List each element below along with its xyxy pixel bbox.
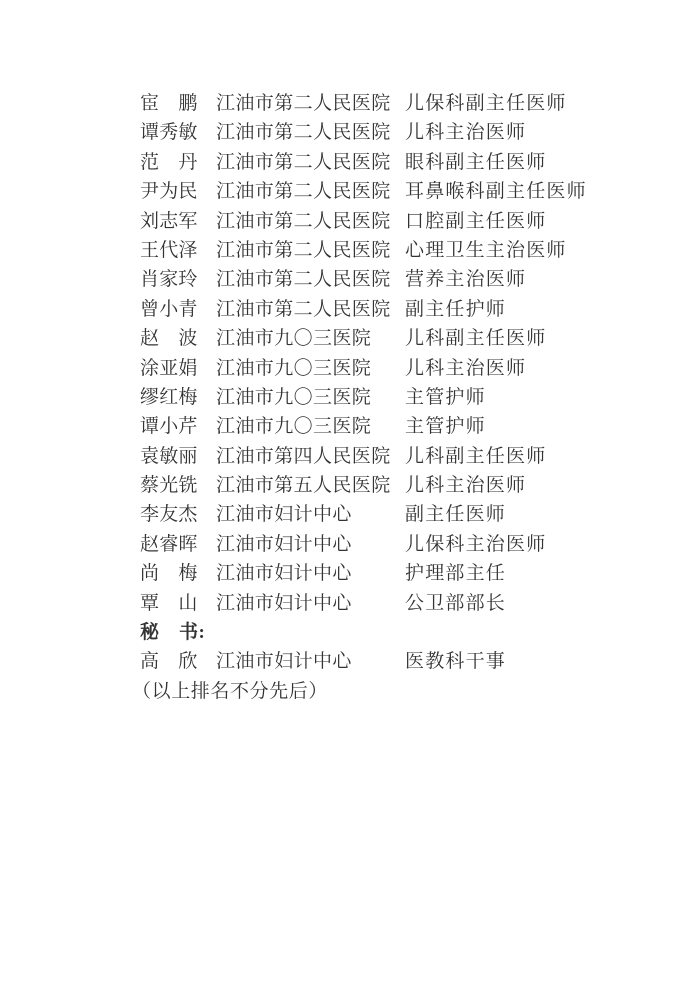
- person-name: 曾小青: [140, 295, 198, 324]
- person-name: 覃 山: [140, 589, 198, 618]
- roster-row: 尹为民 江油市第二人民医院 耳鼻喉科副主任医师: [0, 177, 700, 206]
- job-title: 副主任护师: [405, 295, 506, 324]
- roster-row: 宦 鹏 江油市第二人民医院 儿保科副主任医师: [0, 89, 700, 118]
- roster-row: 尚 梅 江油市妇计中心 护理部主任: [0, 559, 700, 588]
- job-title: 眼科副主任医师: [405, 148, 546, 177]
- organization: 江油市九〇三医院: [216, 354, 371, 383]
- job-title: 儿科主治医师: [405, 354, 526, 383]
- organization: 江油市九〇三医院: [216, 324, 371, 353]
- person-name: 李友杰: [140, 500, 198, 529]
- person-name: 刘志军: [140, 207, 198, 236]
- person-name: 赵 波: [140, 324, 198, 353]
- person-name: 宦 鹏: [140, 89, 198, 118]
- job-title: 营养主治医师: [405, 265, 526, 294]
- job-title: 主管护师: [405, 412, 486, 441]
- job-title: 耳鼻喉科副主任医师: [405, 177, 587, 206]
- organization: 江油市妇计中心: [216, 530, 352, 559]
- organization: 江油市第二人民医院: [216, 148, 391, 177]
- roster-row: 覃 山 江油市妇计中心 公卫部部长: [0, 589, 700, 618]
- secretary-list: 高 欣 江油市妇计中心 医教科干事: [0, 647, 700, 676]
- job-title: 主管护师: [405, 383, 486, 412]
- person-name: 范 丹: [140, 148, 198, 177]
- organization: 江油市妇计中心: [216, 559, 352, 588]
- person-name: 尚 梅: [140, 559, 198, 588]
- roster-row: 谭小芹 江油市九〇三医院 主管护师: [0, 412, 700, 441]
- job-title: 儿科主治医师: [405, 471, 526, 500]
- secretary-heading: 秘 书:: [140, 618, 205, 647]
- person-name: 肖家玲: [140, 265, 198, 294]
- document-page: 宦 鹏 江油市第二人民医院 儿保科副主任医师 谭秀敏 江油市第二人民医院 儿科主…: [0, 0, 700, 989]
- roster-row: 蔡光铣 江油市第五人民医院 儿科主治医师: [0, 471, 700, 500]
- job-title: 儿科主治医师: [405, 118, 526, 147]
- roster-content: 宦 鹏 江油市第二人民医院 儿保科副主任医师 谭秀敏 江油市第二人民医院 儿科主…: [0, 89, 700, 706]
- organization: 江油市第二人民医院: [216, 177, 391, 206]
- job-title: 儿科副主任医师: [405, 442, 546, 471]
- roster-row: 刘志军 江油市第二人民医院 口腔副主任医师: [0, 207, 700, 236]
- person-name: 尹为民: [140, 177, 198, 206]
- roster-row: 涂亚娟 江油市九〇三医院 儿科主治医师: [0, 354, 700, 383]
- roster-row: 李友杰 江油市妇计中心 副主任医师: [0, 500, 700, 529]
- organization: 江油市第二人民医院: [216, 118, 391, 147]
- job-title: 公卫部部长: [405, 589, 506, 618]
- organization: 江油市第二人民医院: [216, 236, 391, 265]
- footnote-line: （以上排名不分先后）: [0, 677, 700, 706]
- roster-row: 范 丹 江油市第二人民医院 眼科副主任医师: [0, 148, 700, 177]
- roster-row: 王代泽 江油市第二人民医院 心理卫生主治医师: [0, 236, 700, 265]
- person-name: 蔡光铣: [140, 471, 198, 500]
- person-name: 袁敏丽: [140, 442, 198, 471]
- job-title: 口腔副主任医师: [405, 207, 546, 236]
- job-title: 医教科干事: [405, 647, 506, 676]
- roster-row: 缪红梅 江油市九〇三医院 主管护师: [0, 383, 700, 412]
- roster-row: 曾小青 江油市第二人民医院 副主任护师: [0, 295, 700, 324]
- organization: 江油市第二人民医院: [216, 265, 391, 294]
- organization: 江油市第四人民医院: [216, 442, 391, 471]
- organization: 江油市妇计中心: [216, 589, 352, 618]
- roster-row: 袁敏丽 江油市第四人民医院 儿科副主任医师: [0, 442, 700, 471]
- roster-row: 赵 波 江油市九〇三医院 儿科副主任医师: [0, 324, 700, 353]
- organization: 江油市第二人民医院: [216, 295, 391, 324]
- members-list: 宦 鹏 江油市第二人民医院 儿保科副主任医师 谭秀敏 江油市第二人民医院 儿科主…: [0, 89, 700, 618]
- organization: 江油市妇计中心: [216, 647, 352, 676]
- job-title: 儿保科主治医师: [405, 530, 546, 559]
- person-name: 谭秀敏: [140, 118, 198, 147]
- roster-row: 肖家玲 江油市第二人民医院 营养主治医师: [0, 265, 700, 294]
- footnote-text: （以上排名不分先后）: [132, 677, 328, 706]
- roster-row: 赵睿晖 江油市妇计中心 儿保科主治医师: [0, 530, 700, 559]
- person-name: 赵睿晖: [140, 530, 198, 559]
- person-name: 王代泽: [140, 236, 198, 265]
- organization: 江油市妇计中心: [216, 500, 352, 529]
- roster-row: 高 欣 江油市妇计中心 医教科干事: [0, 647, 700, 676]
- organization: 江油市第二人民医院: [216, 207, 391, 236]
- roster-row: 谭秀敏 江油市第二人民医院 儿科主治医师: [0, 118, 700, 147]
- person-name: 涂亚娟: [140, 354, 198, 383]
- job-title: 护理部主任: [405, 559, 506, 588]
- job-title: 儿保科副主任医师: [405, 89, 567, 118]
- job-title: 心理卫生主治医师: [405, 236, 567, 265]
- organization: 江油市第五人民医院: [216, 471, 391, 500]
- person-name: 高 欣: [140, 647, 198, 676]
- secretary-heading-line: 秘 书:: [0, 618, 700, 647]
- organization: 江油市第二人民医院: [216, 89, 391, 118]
- organization: 江油市九〇三医院: [216, 412, 371, 441]
- person-name: 谭小芹: [140, 412, 198, 441]
- job-title: 儿科副主任医师: [405, 324, 546, 353]
- job-title: 副主任医师: [405, 500, 506, 529]
- organization: 江油市九〇三医院: [216, 383, 371, 412]
- person-name: 缪红梅: [140, 383, 198, 412]
